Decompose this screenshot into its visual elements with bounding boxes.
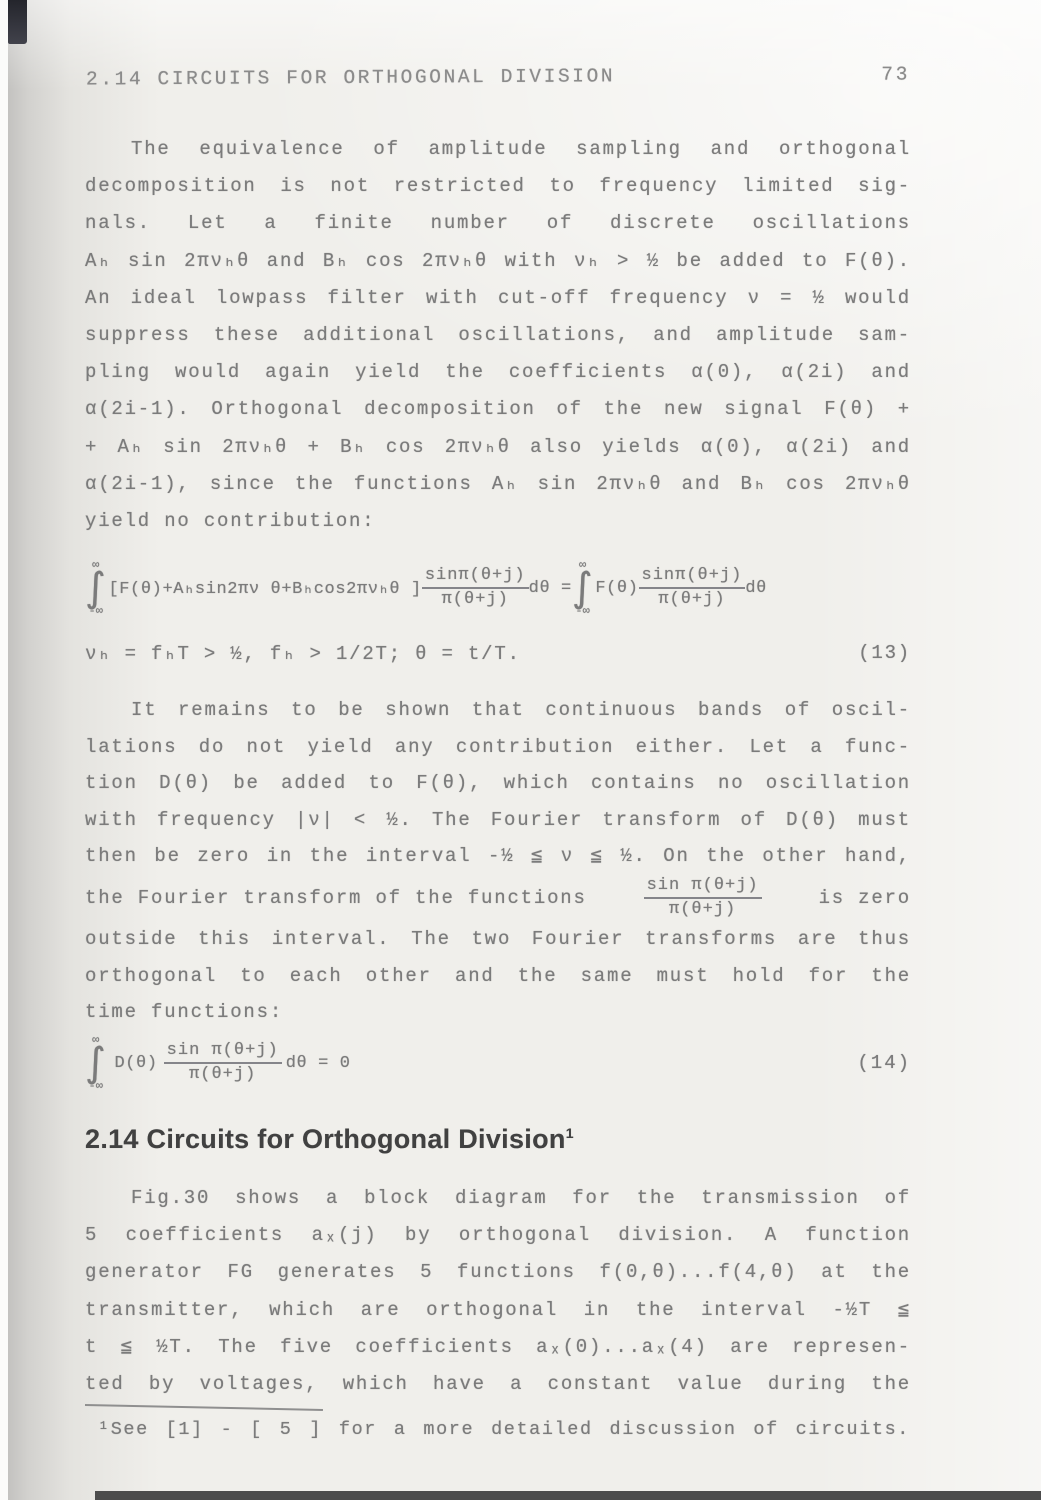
integral-lower-limit: -∞ (89, 1080, 103, 1092)
running-header: 2.14 CIRCUITS FOR ORTHOGONAL DIVISION 73 (86, 63, 910, 90)
integral-symbol: ∫ (85, 1046, 106, 1080)
fraction-numerator: sinπ(θ+j) (639, 566, 746, 589)
equation-term: dθ = 0 (286, 1054, 351, 1073)
text-line: tion D(θ) be added to F(θ), which contai… (85, 765, 911, 802)
fraction: sinπ(θ+j) π(θ+j) (639, 566, 746, 609)
integral-sign: ∞ ∫ -∞ (572, 559, 593, 617)
text-line: outside this interval. The two Fourier t… (85, 921, 911, 958)
text-line: suppress these additional oscillations, … (85, 317, 911, 354)
integral-lower-limit: -∞ (89, 605, 103, 617)
equation-term: F(θ) (595, 579, 638, 598)
equation-term: dθ (745, 579, 767, 598)
text-segment: the Fourier transform of the functions (85, 887, 587, 909)
text-line: The equivalence of amplitude sampling an… (85, 131, 911, 168)
page-number: 73 (881, 63, 910, 85)
fraction-numerator: sinπ(θ+j) (422, 566, 529, 589)
text-line: An ideal lowpass filter with cut-off fre… (85, 280, 911, 317)
fraction-denominator: π(θ+j) (669, 899, 736, 920)
section-heading-text: 2.14 Circuits for Orthogonal Division (85, 1124, 566, 1154)
footnote-text: ¹See [1] - [ 5 ] for a more detailed dis… (98, 1419, 910, 1440)
page-content: 2.14 CIRCUITS FOR ORTHOGONAL DIVISION 73… (0, 0, 1041, 1500)
fraction-denominator: π(θ+j) (189, 1064, 256, 1085)
integral-symbol: ∫ (572, 571, 593, 605)
fraction-numerator: sin π(θ+j) (164, 1041, 282, 1064)
equation-term: dθ = (529, 579, 572, 598)
paragraph-3: Fig.30 shows a block diagram for the tra… (85, 1180, 911, 1403)
fraction: sinπ(θ+j) π(θ+j) (422, 566, 529, 609)
fraction-numerator: sin π(θ+j) (644, 876, 762, 899)
equation-13: ∞ ∫ -∞ [F(θ)+Aₕsin2πν θ+Bₕcos2πνₕθ ] sin… (85, 550, 911, 626)
equation-number: (13) (858, 642, 911, 665)
equation-14: ∞ ∫ -∞ D(θ) sin π(θ+j) π(θ+j) dθ = 0 (14… (85, 1028, 911, 1098)
running-title: 2.14 CIRCUITS FOR ORTHOGONAL DIVISION (86, 65, 615, 90)
text-line: with frequency |ν| < ½. The Fourier tran… (85, 802, 911, 839)
text-line: yield no contribution: (85, 503, 911, 540)
text-line: pling would again yield the coefficients… (85, 354, 911, 391)
text-line: generator FG generates 5 functions f(0,θ… (85, 1254, 911, 1291)
fraction: sin π(θ+j) π(θ+j) (164, 1041, 282, 1084)
text-line: then be zero in the interval -½ ≦ ν ≦ ½.… (85, 838, 911, 875)
text-line: nals. Let a finite number of discrete os… (85, 205, 911, 242)
text-line: α(2i-1). Orthogonal decomposition of the… (85, 391, 911, 428)
text-line: ted by voltages, which have a constant v… (85, 1366, 911, 1403)
footnote-marker: 1 (566, 1125, 574, 1141)
text-line: orthogonal to each other and the same mu… (85, 958, 911, 995)
equation-term: D(θ) (114, 1054, 157, 1073)
text-line-with-fraction: the Fourier transform of the functions s… (85, 875, 911, 921)
text-line: + Aₕ sin 2πνₕθ + Bₕ cos 2πνₕθ also yield… (85, 429, 911, 466)
text-line: decomposition is not restricted to frequ… (85, 168, 911, 205)
text-segment: is zero (819, 887, 911, 909)
scanned-page: 2.14 CIRCUITS FOR ORTHOGONAL DIVISION 73… (0, 0, 1041, 1500)
text-line: lations do not yield any contribution ei… (85, 729, 911, 766)
equation-term: [F(θ)+Aₕsin2πν θ+Bₕcos2πνₕθ ] (108, 578, 421, 599)
text-line: time functions: (85, 994, 911, 1031)
text-line: α(2i-1), since the functions Aₕ sin 2πνₕ… (85, 466, 911, 503)
integral-lower-limit: -∞ (575, 605, 589, 617)
text-line: 5 coefficients aₓ(j) by orthogonal divis… (85, 1217, 911, 1254)
text-line: t ≦ ½T. The five coefficients aₓ(0)...aₓ… (85, 1329, 911, 1366)
fraction-denominator: π(θ+j) (442, 589, 509, 610)
text-line: Fig.30 shows a block diagram for the tra… (85, 1180, 911, 1217)
equation-condition: νₕ = fₕT > ½, fₕ > 1/2T; θ = t/T. (85, 642, 521, 665)
text-line: transmitter, which are orthogonal in the… (85, 1292, 911, 1329)
paragraph-1: The equivalence of amplitude sampling an… (85, 131, 911, 540)
paragraph-2: It remains to be shown that continuous b… (85, 692, 911, 1031)
integral-sign: ∞ ∫ -∞ (85, 559, 106, 617)
equation-number: (14) (857, 1052, 911, 1074)
fraction: sin π(θ+j) π(θ+j) (644, 876, 762, 919)
section-heading: 2.14 Circuits for Orthogonal Division1 (85, 1124, 574, 1155)
fraction-denominator: π(θ+j) (658, 589, 725, 610)
text-line: Aₕ sin 2πνₕθ and Bₕ cos 2πνₕθ with νₕ > … (85, 243, 911, 280)
integral-symbol: ∫ (85, 571, 106, 605)
text-line: It remains to be shown that continuous b… (85, 692, 911, 729)
equation-13-conditions: νₕ = fₕT > ½, fₕ > 1/2T; θ = t/T. (13) (85, 642, 911, 665)
integral-sign: ∞ ∫ -∞ (85, 1034, 106, 1092)
footnote-rule (85, 1404, 323, 1411)
